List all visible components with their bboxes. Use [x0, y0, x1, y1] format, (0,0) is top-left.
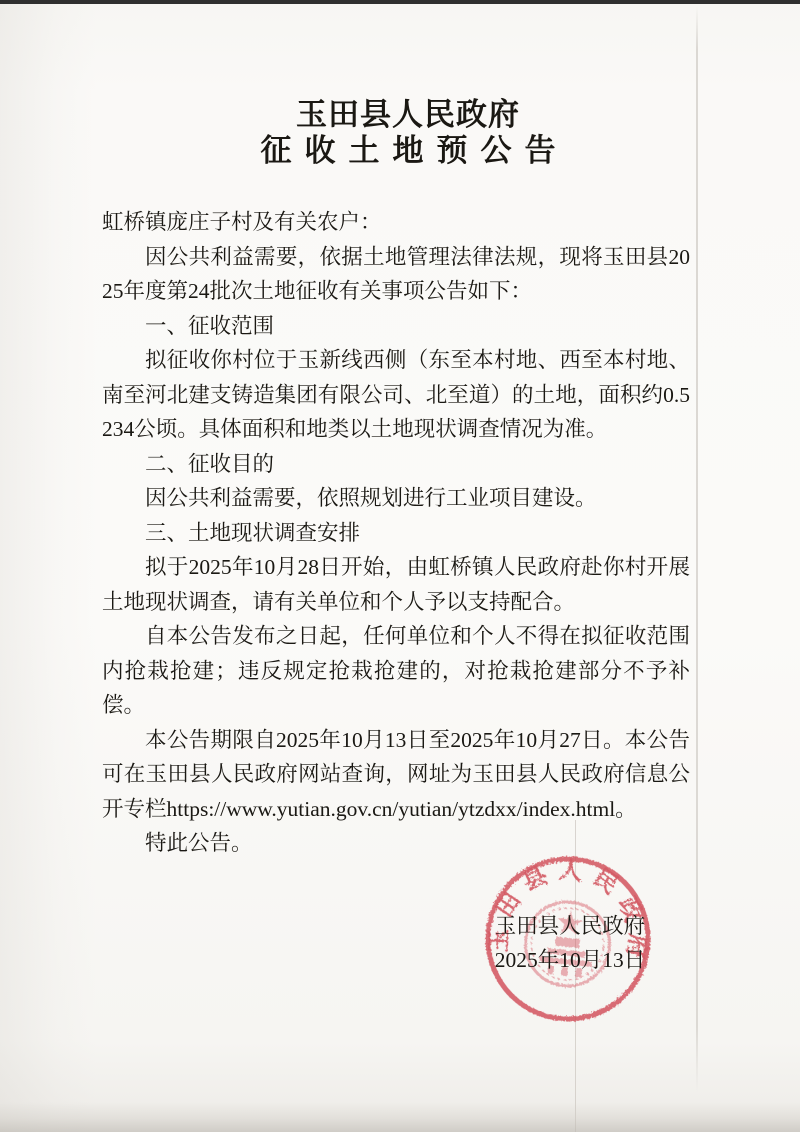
paragraph-period-and-url: 本公告期限自2025年10月13日至2025年10月27日。本公告可在玉田县人民…	[102, 723, 690, 827]
paragraph-scope: 拟征收你村位于玉新线西侧（东至本村地、西至本村地、南至河北建支铸造集团有限公司、…	[102, 343, 690, 447]
paragraph-survey: 拟于2025年10月28日开始，由虹桥镇人民政府赴你村开展土地现状调查，请有关单…	[102, 550, 690, 619]
salutation: 虹桥镇庞庄子村及有关农户：	[102, 205, 690, 240]
title-subject: 征收土地预公告	[8, 133, 800, 169]
document-body: 虹桥镇庞庄子村及有关农户： 因公共利益需要，依据土地管理法律法规，现将玉田县20…	[102, 205, 690, 861]
signature-block: 玉田县人民政府 2025年10月13日	[462, 910, 678, 977]
signature-date: 2025年10月13日	[462, 944, 678, 978]
heading-section-1: 一、征收范围	[102, 309, 690, 344]
heading-section-2: 二、征收目的	[102, 447, 690, 482]
signature-issuer: 玉田县人民政府	[462, 910, 678, 944]
heading-section-3: 三、土地现状调查安排	[102, 516, 690, 551]
document-title: 玉田县人民政府 征收土地预公告	[8, 97, 800, 169]
title-issuer: 玉田县人民政府	[8, 97, 800, 133]
scanned-notice-page: 玉田县人民政府 征收土地预公告 虹桥镇庞庄子村及有关农户： 因公共利益需要，依据…	[0, 0, 800, 1132]
scan-top-edge	[0, 0, 800, 4]
paragraph-prohibition: 自本公告发布之日起，任何单位和个人不得在拟征收范围内抢栽抢建；违反规定抢栽抢建的…	[102, 619, 690, 723]
scan-bottom-shadow	[0, 1102, 800, 1132]
paragraph-intro: 因公共利益需要，依据土地管理法律法规，现将玉田县2025年度第24批次土地征收有…	[102, 240, 690, 309]
paragraph-purpose: 因公共利益需要，依照规划进行工业项目建设。	[102, 481, 690, 516]
